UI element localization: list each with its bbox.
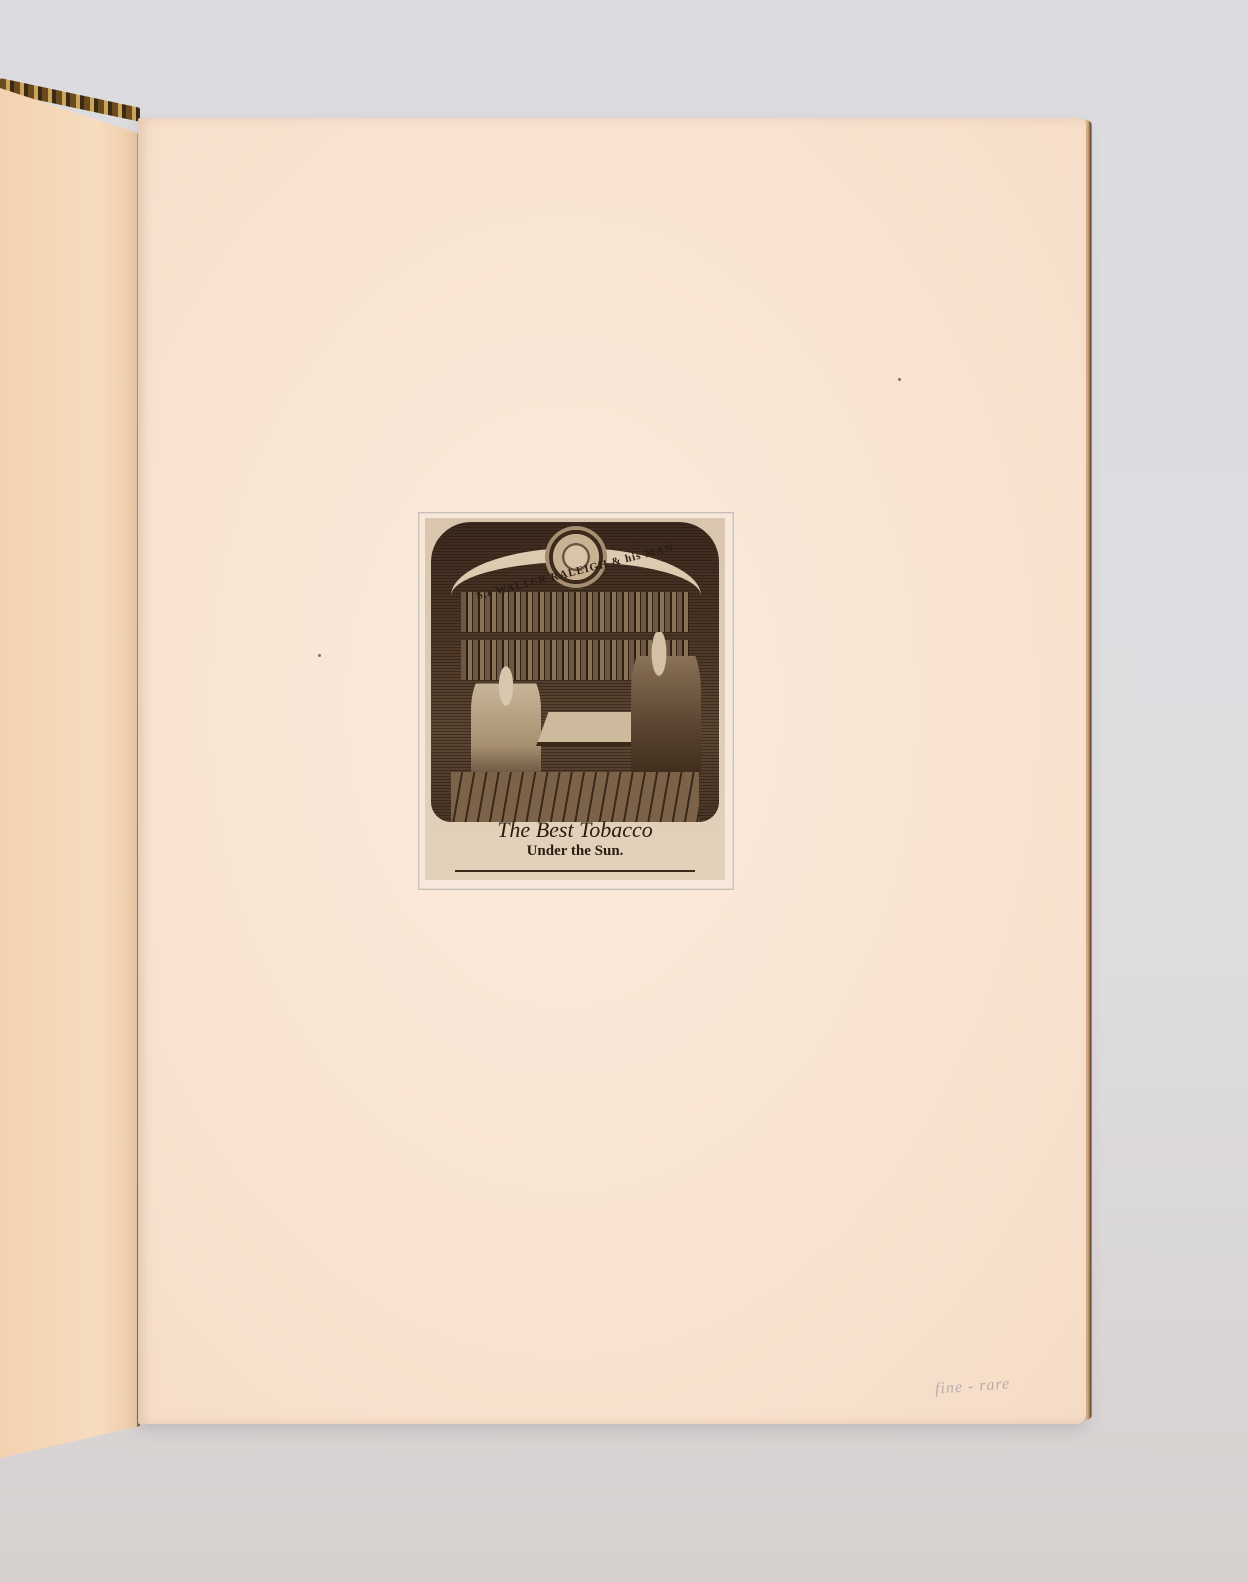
servant-figure (631, 632, 701, 782)
floorboards (451, 772, 699, 822)
card-caption: The Best Tobacco Under the Sun. (425, 818, 725, 860)
trade-card: S.r WALTER RALEIGH & his MAN The Best To… (425, 518, 725, 880)
left-page (0, 88, 140, 1458)
seated-smoker-figure (471, 662, 541, 782)
caption-subtitle: Under the Sun. (425, 842, 725, 860)
caption-title: The Best Tobacco (425, 818, 725, 842)
foxing-spot (898, 378, 901, 381)
caption-rule (455, 870, 695, 872)
engraving-scene: S.r WALTER RALEIGH & his MAN (431, 522, 719, 822)
foxing-spot (318, 654, 321, 657)
